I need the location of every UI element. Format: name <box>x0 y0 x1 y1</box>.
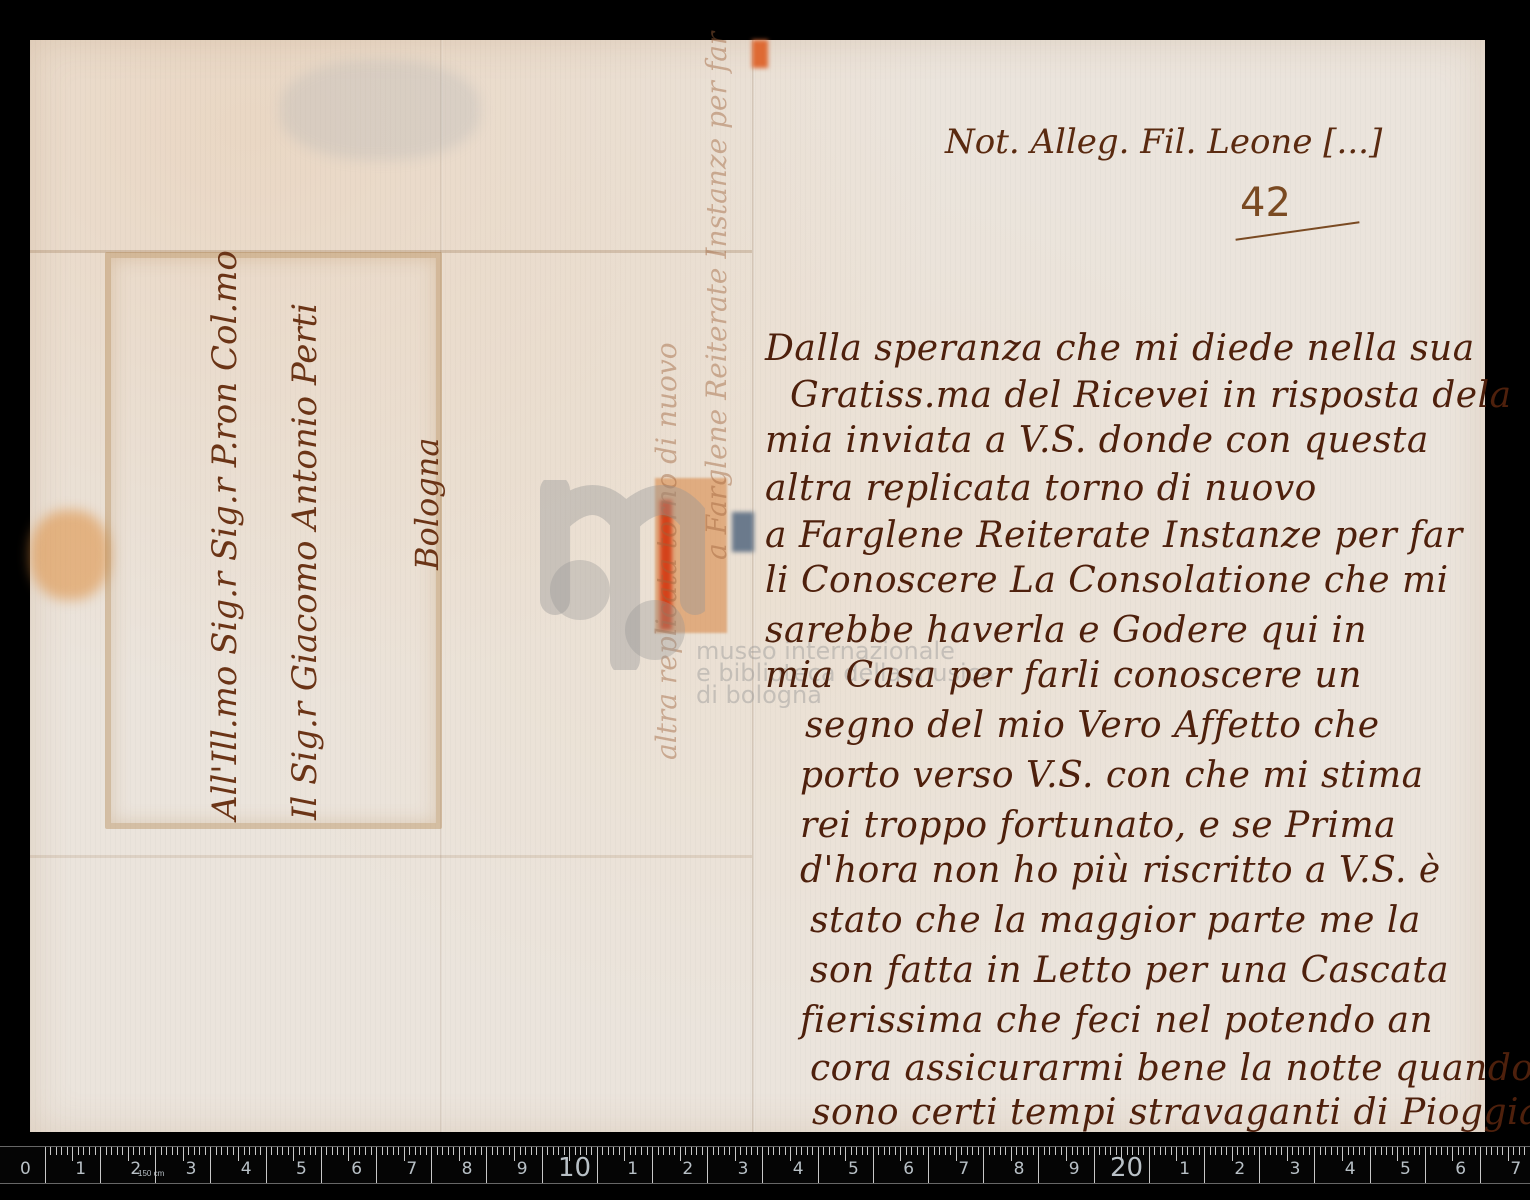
ruler-mm-tick <box>669 1147 670 1155</box>
ruler-mm-tick <box>188 1147 189 1155</box>
ruler-mm-tick <box>1430 1147 1431 1155</box>
ruler-cm-tick <box>652 1147 653 1183</box>
ruler-mm-tick <box>630 1147 631 1155</box>
ruler-mm-tick <box>1265 1147 1266 1155</box>
ruler-mm-tick <box>1320 1147 1321 1155</box>
ruler-mm-tick <box>161 1147 162 1155</box>
ruler-mm-tick <box>244 1147 245 1155</box>
address-city: Bologna <box>408 438 446 570</box>
ruler-unit-label: 150 cm <box>138 1169 164 1178</box>
ruler-mm-tick <box>647 1147 648 1155</box>
ruler-mm-tick <box>1187 1147 1188 1155</box>
ruler-mm-tick <box>845 1147 846 1161</box>
ruler-mm-tick <box>1099 1147 1100 1155</box>
ruler-mm-tick <box>404 1147 405 1161</box>
ruler-mm-tick <box>1105 1147 1106 1155</box>
ruler-mm-tick <box>768 1147 769 1155</box>
address-line-1: All'Ill.mo Sig.r Sig.r P.ron Col.mo <box>205 250 245 820</box>
ruler-cm-tick <box>542 1147 543 1183</box>
ruler-label: 3 <box>738 1159 749 1179</box>
ruler-mm-tick <box>398 1147 399 1155</box>
ruler-mm-tick <box>277 1147 278 1155</box>
ruler-mm-tick <box>900 1147 901 1161</box>
ruler-mm-tick <box>613 1147 614 1155</box>
ruler-mm-tick <box>299 1147 300 1155</box>
ruler-mm-tick <box>122 1147 123 1155</box>
ruler-mm-tick <box>475 1147 476 1155</box>
ruler-mm-tick <box>1210 1147 1211 1155</box>
ruler-mm-tick <box>1292 1147 1293 1155</box>
ruler-mm-tick <box>961 1147 962 1155</box>
letter-line: sarebbe haverla e Godere qui in <box>765 610 1367 651</box>
ruler-mm-tick <box>851 1147 852 1155</box>
ruler-label: 4 <box>793 1159 804 1179</box>
ruler-mm-tick <box>205 1147 206 1155</box>
ruler-mm-tick <box>624 1147 625 1161</box>
ruler-mm-tick <box>1342 1147 1343 1161</box>
ruler-mm-tick <box>1000 1147 1001 1155</box>
ruler-mm-tick <box>1508 1147 1509 1161</box>
stain <box>280 60 480 160</box>
address-panel <box>105 252 442 829</box>
ruler-mm-tick <box>133 1147 134 1155</box>
ruler-mm-tick <box>343 1147 344 1155</box>
ruler-mm-tick <box>371 1147 372 1155</box>
ruler-mm-tick <box>144 1147 145 1155</box>
ruler-mm-tick <box>1171 1147 1172 1155</box>
ruler-mm-tick <box>950 1147 951 1155</box>
ruler-mm-tick <box>713 1147 714 1155</box>
ruler-mm-tick <box>1414 1147 1415 1155</box>
ruler-mm-tick <box>685 1147 686 1155</box>
ruler-mm-tick <box>525 1147 526 1155</box>
ruler-mm-tick <box>67 1147 68 1155</box>
letter-line: rei troppo fortunato, e se Prima <box>800 805 1396 846</box>
ruler-mm-tick <box>591 1147 592 1155</box>
ruler-mm-tick <box>95 1147 96 1155</box>
ruler-mm-tick <box>978 1147 979 1155</box>
ruler-mm-tick <box>354 1147 355 1155</box>
ruler-mm-tick <box>1061 1147 1062 1155</box>
ruler-mm-tick <box>221 1147 222 1155</box>
ruler-mm-tick <box>293 1147 294 1161</box>
ruler-mm-tick <box>956 1147 957 1161</box>
ruler-mm-tick <box>172 1147 173 1155</box>
ruler-mm-tick <box>520 1147 521 1155</box>
ruler-mm-tick <box>326 1147 327 1155</box>
ruler-cm-tick <box>486 1147 487 1183</box>
ruler-label: 1 <box>75 1159 86 1179</box>
ruler-mm-tick <box>1044 1147 1045 1155</box>
ruler-mm-tick <box>1486 1147 1487 1155</box>
ruler-mm-tick <box>779 1147 780 1155</box>
ruler-mm-tick <box>635 1147 636 1155</box>
ruler-mm-tick <box>1248 1147 1249 1155</box>
ruler-mm-tick <box>1348 1147 1349 1155</box>
ruler-mm-tick <box>895 1147 896 1155</box>
ruler-cm-tick <box>376 1147 377 1183</box>
ruler-mm-tick <box>1491 1147 1492 1155</box>
ruler-mm-tick <box>1165 1147 1166 1155</box>
ruler-mm-tick <box>72 1147 73 1161</box>
ruler-mm-tick <box>1193 1147 1194 1155</box>
ruler-mm-tick <box>426 1147 427 1155</box>
ruler-mm-tick <box>884 1147 885 1155</box>
ruler-label: 2 <box>682 1159 693 1179</box>
address-line-2: Il Sig.r Giacomo Antonio Perti <box>285 303 325 820</box>
ruler-mm-tick <box>1419 1147 1420 1155</box>
ruler-mm-tick <box>288 1147 289 1155</box>
bleed-through-text: a Farglene Reiterate Instanze per far <box>700 32 733 560</box>
ruler-mm-tick <box>1397 1147 1398 1161</box>
ruler-mm-tick <box>216 1147 217 1155</box>
ruler-cm-tick <box>100 1147 101 1183</box>
ruler-mm-tick <box>199 1147 200 1155</box>
ruler-cm-tick <box>45 1147 46 1183</box>
ruler-mm-tick <box>415 1147 416 1155</box>
ruler-mm-tick <box>840 1147 841 1155</box>
ruler-mm-tick <box>1519 1147 1520 1155</box>
ruler-mm-tick <box>945 1147 946 1155</box>
ruler-mm-tick <box>696 1147 697 1155</box>
letter-line: son fatta in Letto per una Cascata <box>810 950 1449 991</box>
ruler-label: 7 <box>1510 1159 1521 1179</box>
ruler-cm-tick <box>1370 1147 1371 1183</box>
ruler-cm-tick <box>1038 1147 1039 1183</box>
ruler-mm-tick <box>702 1147 703 1155</box>
ruler-mm-tick <box>1033 1147 1034 1155</box>
ruler-mm-tick <box>680 1147 681 1161</box>
ruler-mm-tick <box>878 1147 879 1155</box>
ruler-mm-tick <box>1458 1147 1459 1155</box>
ruler-mm-tick <box>183 1147 184 1161</box>
ruler-mm-tick <box>674 1147 675 1155</box>
ruler-cm-tick <box>1149 1147 1150 1183</box>
ruler-label: 1 <box>627 1159 638 1179</box>
ruler-cm-tick <box>210 1147 211 1183</box>
ruler-mm-tick <box>729 1147 730 1155</box>
ruler-mm-tick <box>437 1147 438 1155</box>
ruler-cm-tick <box>1425 1147 1426 1183</box>
ruler-label: 6 <box>351 1159 362 1179</box>
ruler-mm-tick <box>1469 1147 1470 1155</box>
ruler-mm-tick <box>740 1147 741 1155</box>
measurement-ruler: 150 cm 012345678910123456789201234567 <box>0 1146 1530 1184</box>
ruler-mm-tick <box>746 1147 747 1155</box>
ruler-mm-tick <box>1309 1147 1310 1155</box>
ruler-mm-tick <box>1276 1147 1277 1155</box>
ruler-label: 20 <box>1110 1153 1143 1183</box>
ruler-mm-tick <box>735 1147 736 1161</box>
ruler-mm-tick <box>1072 1147 1073 1155</box>
ruler-mm-tick <box>1381 1147 1382 1155</box>
ruler-label: 7 <box>958 1159 969 1179</box>
ruler-mm-tick <box>514 1147 515 1161</box>
ruler-mm-tick <box>503 1147 504 1155</box>
ruler-cm-tick <box>818 1147 819 1183</box>
ruler-mm-tick <box>906 1147 907 1155</box>
ruler-mm-tick <box>1182 1147 1183 1155</box>
letter-line: cora assicurarmi bene la notte quando <box>810 1048 1530 1089</box>
letter-line: Dalla speranza che mi diede nella sua <box>765 328 1475 369</box>
ruler-mm-tick <box>939 1147 940 1155</box>
ruler-cm-tick <box>597 1147 598 1183</box>
ruler-mm-tick <box>78 1147 79 1155</box>
letter-line: Gratiss.ma del Ricevei in risposta dela <box>790 375 1512 416</box>
letter-line: altra replicata torno di nuovo <box>765 468 1317 509</box>
ruler-label: 5 <box>1400 1159 1411 1179</box>
ruler-mm-tick <box>497 1147 498 1155</box>
ruler-label: 9 <box>517 1159 528 1179</box>
ruler-mm-tick <box>1215 1147 1216 1155</box>
ruler-mm-tick <box>249 1147 250 1155</box>
ruler-mm-tick <box>1237 1147 1238 1155</box>
ruler-label: 2 <box>1234 1159 1245 1179</box>
ruler-mm-tick <box>790 1147 791 1161</box>
ruler-mm-tick <box>1298 1147 1299 1155</box>
ruler-mm-tick <box>994 1147 995 1155</box>
ruler-mm-tick <box>1364 1147 1365 1155</box>
letter-line: stato che la maggior parte me la <box>810 900 1421 941</box>
ruler-mm-tick <box>359 1147 360 1155</box>
ruler-mm-tick <box>1386 1147 1387 1155</box>
ruler-mm-tick <box>1441 1147 1442 1155</box>
ruler-mm-tick <box>917 1147 918 1155</box>
ruler-mm-tick <box>50 1147 51 1155</box>
ruler-mm-tick <box>1077 1147 1078 1155</box>
ruler-mm-tick <box>934 1147 935 1155</box>
ruler-label: 5 <box>296 1159 307 1179</box>
ruler-mm-tick <box>1176 1147 1177 1161</box>
ruler-cm-tick <box>431 1147 432 1183</box>
center-fold <box>752 40 755 1132</box>
ruler-mm-tick <box>751 1147 752 1155</box>
ruler-mm-tick <box>867 1147 868 1155</box>
ruler-mm-tick <box>470 1147 471 1155</box>
ruler-mm-tick <box>464 1147 465 1155</box>
ruler-cm-tick <box>928 1147 929 1183</box>
ruler-mm-tick <box>862 1147 863 1155</box>
ruler-mm-tick <box>409 1147 410 1155</box>
ruler-mm-tick <box>1337 1147 1338 1155</box>
ruler-mm-tick <box>139 1147 140 1155</box>
ruler-mm-tick <box>1154 1147 1155 1155</box>
ruler-mm-tick <box>856 1147 857 1155</box>
ruler-mm-tick <box>1221 1147 1222 1155</box>
ruler-mm-tick <box>111 1147 112 1155</box>
ruler-mm-tick <box>420 1147 421 1155</box>
ruler-mm-tick <box>1303 1147 1304 1155</box>
ruler-label: 9 <box>1069 1159 1080 1179</box>
folio-number: 42 <box>1240 180 1291 226</box>
ruler-mm-tick <box>453 1147 454 1155</box>
ruler-mm-tick <box>547 1147 548 1155</box>
stain <box>30 510 110 600</box>
ruler-cm-tick <box>707 1147 708 1183</box>
ruler-mm-tick <box>227 1147 228 1155</box>
ruler-mm-tick <box>1375 1147 1376 1155</box>
ruler-mm-tick <box>1359 1147 1360 1155</box>
ruler-label: 8 <box>1014 1159 1025 1179</box>
ruler-mm-tick <box>166 1147 167 1155</box>
ruler-mm-tick <box>1463 1147 1464 1155</box>
ruler-mm-tick <box>1027 1147 1028 1155</box>
ruler-mm-tick <box>1475 1147 1476 1155</box>
ruler-mm-tick <box>1497 1147 1498 1155</box>
letter-line: segno del mio Vero Affetto che <box>805 705 1380 746</box>
ruler-mm-tick <box>1325 1147 1326 1155</box>
ruler-label: 6 <box>1455 1159 1466 1179</box>
ruler-label: 4 <box>241 1159 252 1179</box>
ruler-mm-tick <box>724 1147 725 1155</box>
ruler-mm-tick <box>106 1147 107 1155</box>
ruler-mm-tick <box>608 1147 609 1155</box>
ruler-mm-tick <box>150 1147 151 1155</box>
ruler-mm-tick <box>773 1147 774 1155</box>
ruler-mm-tick <box>481 1147 482 1155</box>
ruler-cm-tick <box>155 1147 156 1183</box>
letter-line: mia inviata a V.S. donde con questa <box>765 420 1429 461</box>
ruler-label: 2 <box>130 1159 141 1179</box>
ruler-mm-tick <box>911 1147 912 1155</box>
ruler-mm-tick <box>310 1147 311 1155</box>
ruler-mm-tick <box>365 1147 366 1155</box>
ruler-mm-tick <box>834 1147 835 1155</box>
ruler-mm-tick <box>1143 1147 1144 1155</box>
ruler-mm-tick <box>1016 1147 1017 1155</box>
ruler-mm-tick <box>1088 1147 1089 1155</box>
letter-line: d'hora non ho più riscritto a V.S. è <box>800 850 1441 891</box>
ruler-mm-tick <box>348 1147 349 1161</box>
letter-line: porto verso V.S. con che mi stima <box>800 755 1424 796</box>
ruler-mm-tick <box>1011 1147 1012 1161</box>
ruler-mm-tick <box>1226 1147 1227 1155</box>
ruler-mm-tick <box>128 1147 129 1161</box>
ruler-mm-tick <box>658 1147 659 1155</box>
ruler-mm-tick <box>823 1147 824 1155</box>
ruler-label: 3 <box>1290 1159 1301 1179</box>
ruler-mm-tick <box>233 1147 234 1155</box>
ruler-mm-tick <box>889 1147 890 1155</box>
ruler-mm-tick <box>1502 1147 1503 1155</box>
bleed-through-text: altra replicata torno di nuovo <box>650 342 683 760</box>
ruler-mm-tick <box>972 1147 973 1155</box>
ruler-mm-tick <box>1199 1147 1200 1155</box>
ruler-mm-tick <box>663 1147 664 1155</box>
ruler-label: 3 <box>186 1159 197 1179</box>
ruler-label: 8 <box>462 1159 473 1179</box>
seal-fragment <box>752 40 768 68</box>
ruler-mm-tick <box>83 1147 84 1155</box>
ruler-mm-tick <box>536 1147 537 1155</box>
ruler-cm-tick <box>1314 1147 1315 1183</box>
ruler-mm-tick <box>260 1147 261 1155</box>
ruler-mm-tick <box>718 1147 719 1155</box>
ruler-mm-tick <box>923 1147 924 1155</box>
ruler-mm-tick <box>1270 1147 1271 1155</box>
ruler-cm-tick <box>1204 1147 1205 1183</box>
ruler-mm-tick <box>387 1147 388 1155</box>
ruler-mm-tick <box>509 1147 510 1155</box>
ruler-label: 4 <box>1345 1159 1356 1179</box>
ruler-mm-tick <box>304 1147 305 1155</box>
ruler-mm-tick <box>531 1147 532 1155</box>
ruler-label: 7 <box>406 1159 417 1179</box>
ruler-mm-tick <box>1281 1147 1282 1155</box>
ruler-mm-tick <box>1232 1147 1233 1161</box>
ruler-mm-tick <box>1287 1147 1288 1161</box>
ruler-cm-tick <box>1259 1147 1260 1183</box>
ruler-mm-tick <box>1331 1147 1332 1155</box>
ruler-mm-tick <box>177 1147 178 1155</box>
letter-line: a Farglene Reiterate Instanze per far <box>765 515 1463 556</box>
ruler-mm-tick <box>442 1147 443 1155</box>
ruler-mm-tick <box>315 1147 316 1155</box>
ruler-mm-tick <box>238 1147 239 1161</box>
ruler-mm-tick <box>553 1147 554 1155</box>
ruler-mm-tick <box>89 1147 90 1155</box>
ruler-mm-tick <box>1447 1147 1448 1155</box>
ruler-mm-tick <box>757 1147 758 1155</box>
ruler-label: 10 <box>558 1153 591 1183</box>
ruler-label: 6 <box>903 1159 914 1179</box>
ruler-mm-tick <box>1513 1147 1514 1155</box>
ruler-cm-tick <box>266 1147 267 1183</box>
ruler-mm-tick <box>1392 1147 1393 1155</box>
ruler-mm-tick <box>1524 1147 1525 1155</box>
ruler-mm-tick <box>448 1147 449 1155</box>
ruler-mm-tick <box>1160 1147 1161 1155</box>
fold-line <box>30 855 752 858</box>
letter-line: mia Casa per farli conoscere un <box>765 655 1362 696</box>
ruler-mm-tick <box>1066 1147 1067 1161</box>
ruler-mm-tick <box>989 1147 990 1155</box>
ruler-mm-tick <box>641 1147 642 1155</box>
ruler-mm-tick <box>117 1147 118 1155</box>
ruler-mm-tick <box>829 1147 830 1155</box>
ruler-mm-tick <box>691 1147 692 1155</box>
ruler-label: 0 <box>20 1159 31 1179</box>
ruler-mm-tick <box>492 1147 493 1155</box>
ruler-mm-tick <box>1022 1147 1023 1155</box>
ruler-mm-tick <box>807 1147 808 1155</box>
ruler-label: 5 <box>848 1159 859 1179</box>
ruler-mm-tick <box>1243 1147 1244 1155</box>
ruler-mm-tick <box>1408 1147 1409 1155</box>
ruler-label: 1 <box>1179 1159 1190 1179</box>
ruler-mm-tick <box>1049 1147 1050 1155</box>
letter-line: li Conoscere La Consolatione che mi <box>765 560 1449 601</box>
ruler-mm-tick <box>459 1147 460 1161</box>
letter-line: fierissima che feci nel potendo an <box>800 1000 1433 1041</box>
ruler-mm-tick <box>1254 1147 1255 1155</box>
ruler-mm-tick <box>1353 1147 1354 1155</box>
ruler-mm-tick <box>619 1147 620 1155</box>
ruler-mm-tick <box>382 1147 383 1155</box>
ruler-mm-tick <box>1055 1147 1056 1155</box>
ruler-mm-tick <box>194 1147 195 1155</box>
ruler-mm-tick <box>1436 1147 1437 1155</box>
ruler-cm-tick <box>873 1147 874 1183</box>
ruler-cm-tick <box>1480 1147 1481 1183</box>
ruler-mm-tick <box>812 1147 813 1155</box>
ruler-mm-tick <box>282 1147 283 1155</box>
ruler-cm-tick <box>1094 1147 1095 1183</box>
ruler-mm-tick <box>796 1147 797 1155</box>
ruler-mm-tick <box>1452 1147 1453 1161</box>
ruler-cm-tick <box>762 1147 763 1183</box>
ruler-mm-tick <box>1083 1147 1084 1155</box>
